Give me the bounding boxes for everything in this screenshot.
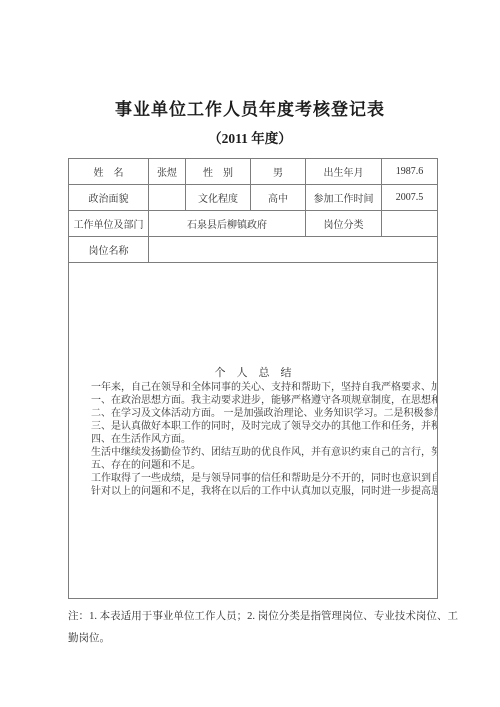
summary-paragraph: 生活中继续发扬勤俭节约、团结互助的优良作风，并有意识约束自己的言行，努力做到：能… bbox=[71, 446, 435, 459]
table-row: 岗位名称 bbox=[69, 237, 438, 263]
political-status-label-cell: 政治面貌 bbox=[69, 185, 149, 211]
name-value-cell: 张煜 bbox=[149, 159, 186, 185]
summary-paragraph: 一年来，自己在领导和全体同事的关心、支持和帮助下，坚持自我严格要求、加强学习、踏… bbox=[71, 381, 435, 394]
table-row: 工作单位及部门 石泉县后柳镇政府 岗位分类 bbox=[69, 211, 438, 237]
gender-label-cell: 性 别 bbox=[186, 159, 251, 185]
document-page: 事业单位工作人员年度考核登记表 （2011 年度） 姓 名 张煜 性 别 男 出… bbox=[0, 0, 500, 707]
birth-value-cell: 1987.6 bbox=[382, 159, 438, 185]
personal-summary-cell: 个 人 总 结 一年来，自己在领导和全体同事的关心、支持和帮助下，坚持自我严格要… bbox=[69, 263, 438, 599]
summary-paragraph: 三、是认真做好本职工作的同时，及时完成了领导交办的其他工作和任务，并积极发挥自己… bbox=[71, 420, 435, 433]
assessment-form-table: 姓 名 张煜 性 别 男 出生年月 1987.6 政治面貌 文化程度 高中 参加… bbox=[68, 158, 438, 599]
work-start-value-cell: 2007.5 bbox=[382, 185, 438, 211]
work-unit-label-cell: 工作单位及部门 bbox=[69, 211, 149, 237]
post-category-value-cell bbox=[382, 211, 438, 237]
political-status-value-cell bbox=[149, 185, 186, 211]
summary-paragraph: 针对以上的问题和不足，我将在以后的工作中认真加以克服，同时进一步提高思想政治觉悟… bbox=[71, 485, 435, 498]
page-subtitle: （2011 年度） bbox=[0, 127, 500, 147]
table-row: 姓 名 张煜 性 别 男 出生年月 1987.6 bbox=[69, 159, 438, 185]
summary-paragraph: 工作取得了一些成绩，是与领导同事的信任和帮助是分不开的，同时也意识到自身还存在着… bbox=[71, 472, 435, 485]
summary-body: 一年来，自己在领导和全体同事的关心、支持和帮助下，坚持自我严格要求、加强学习、踏… bbox=[71, 381, 435, 498]
post-name-value-cell bbox=[149, 237, 438, 263]
summary-heading: 个 人 总 结 bbox=[71, 364, 435, 380]
education-label-cell: 文化程度 bbox=[186, 185, 251, 211]
gender-value-cell: 男 bbox=[251, 159, 306, 185]
birth-label-cell: 出生年月 bbox=[306, 159, 382, 185]
post-name-label-cell: 岗位名称 bbox=[69, 237, 149, 263]
summary-paragraph: 二、在学习及文体活动方面。 一是加强政治理论、业务知识学习。二是积极参加局里组织… bbox=[71, 407, 435, 420]
post-category-label-cell: 岗位分类 bbox=[306, 211, 382, 237]
table-row: 政治面貌 文化程度 高中 参加工作时间 2007.5 bbox=[69, 185, 438, 211]
name-label-cell: 姓 名 bbox=[69, 159, 149, 185]
summary-paragraph: 四、在生活作风方面。 bbox=[71, 433, 435, 446]
page-title: 事业单位工作人员年度考核登记表 bbox=[0, 95, 500, 120]
table-row: 个 人 总 结 一年来，自己在领导和全体同事的关心、支持和帮助下，坚持自我严格要… bbox=[69, 263, 438, 599]
education-value-cell: 高中 bbox=[251, 185, 306, 211]
work-unit-value-cell: 石泉县后柳镇政府 bbox=[149, 211, 306, 237]
summary-paragraph: 一、在政治思想方面。我主动要求进步，能够严格遵守各项规章制度，在思想和行动上严格… bbox=[71, 394, 435, 407]
summary-paragraph: 五、存在的问题和不足。 bbox=[71, 459, 435, 472]
footnote: 注：1. 本表适用于事业单位工作人员；2. 岗位分类是指管理岗位、专业技术岗位、… bbox=[68, 606, 458, 650]
work-start-label-cell: 参加工作时间 bbox=[306, 185, 382, 211]
